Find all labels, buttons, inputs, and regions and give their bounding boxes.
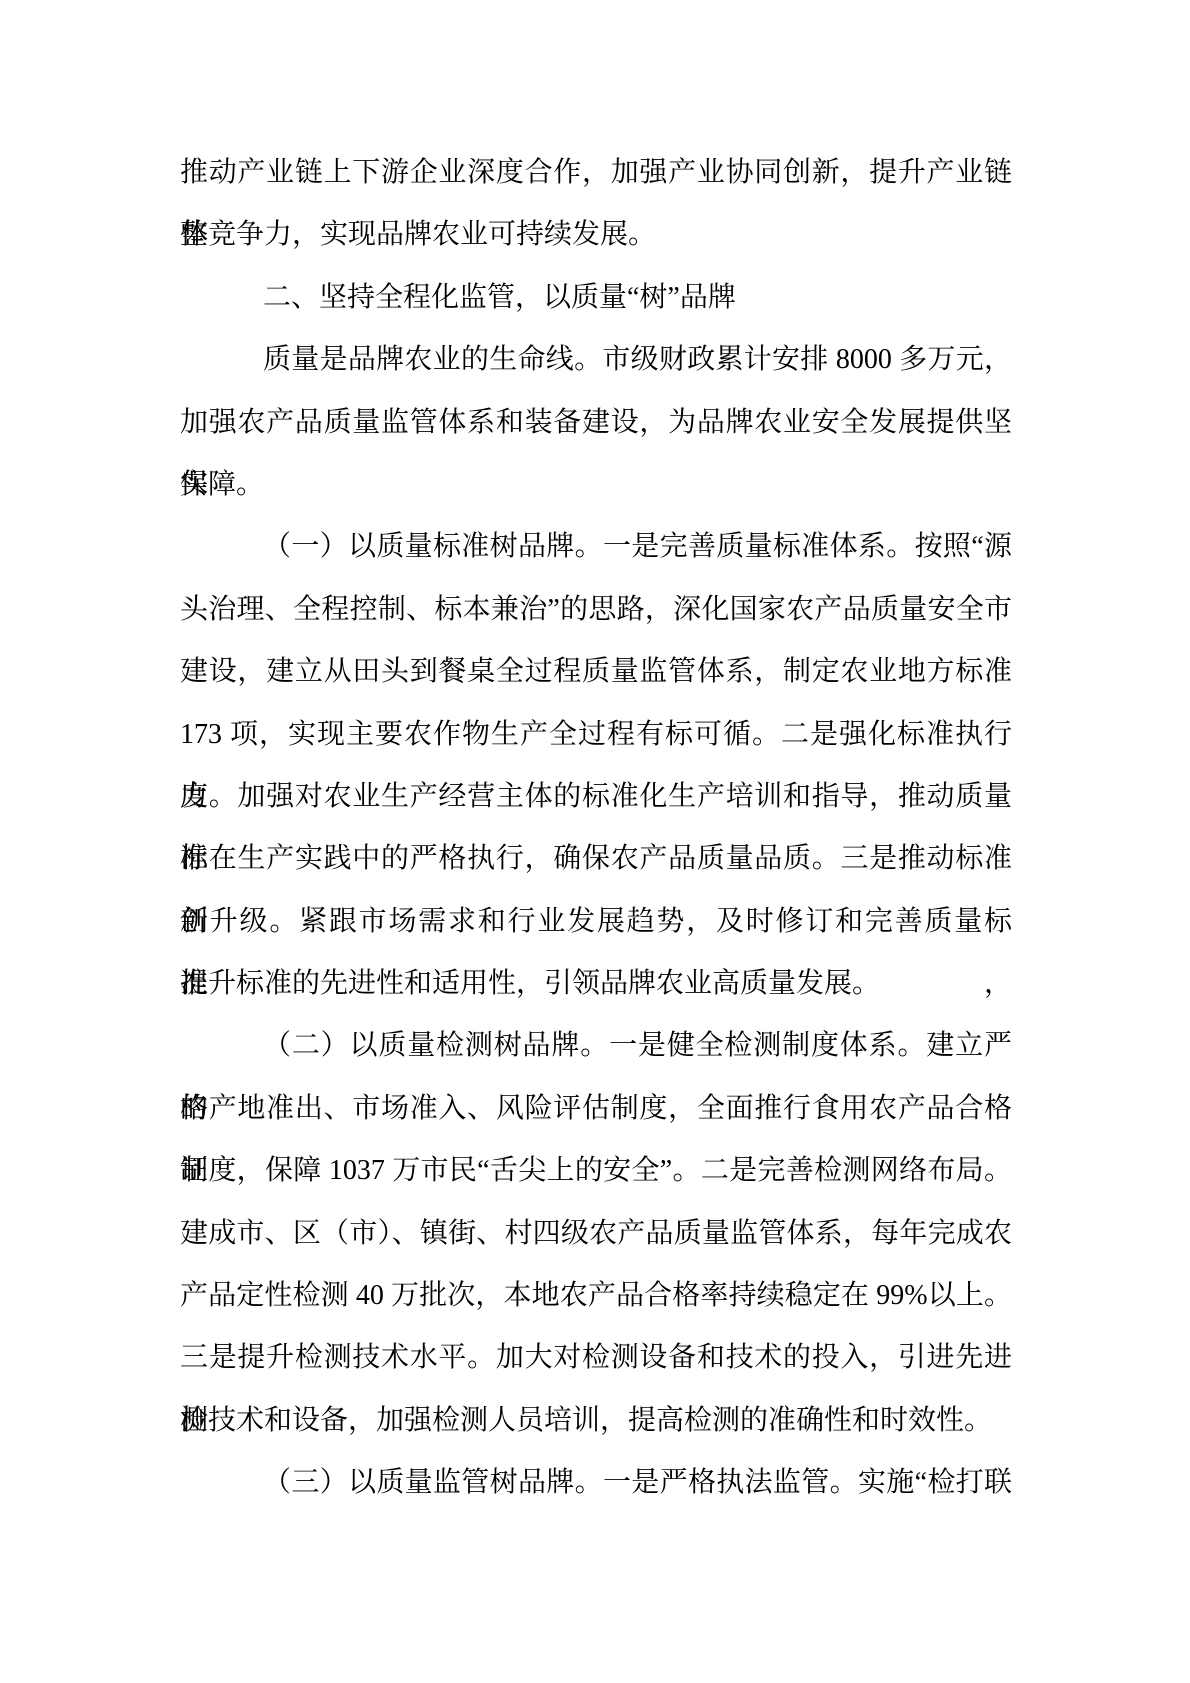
text-line: 三是提升检测技术水平。加大对检测设备和技术的投入，引进先进检 (180, 1327, 1012, 1389)
text-line: 头治理、全程控制、标本兼治”的思路，深化国家农产品质量安全市 (180, 579, 1012, 641)
text-line: 173 项，实现主要农作物生产全过程有标可循。二是强化标准执行力 (180, 704, 1012, 766)
text-line: 测技术和设备，加强检测人员培训，提高检测的准确性和时效性。 (180, 1390, 1012, 1452)
text-line: （三）以质量监管树品牌。一是严格执法监管。实施“检打联 (180, 1452, 1012, 1514)
text-line: （一）以质量标准树品牌。一是完善质量标准体系。按照“源 (180, 516, 1012, 578)
text-line: 质量是品牌农业的生命线。市级财政累计安排 8000 多万元， (180, 329, 1012, 391)
text-line: 的产地准出、市场准入、风险评估制度，全面推行食用农产品合格证 (180, 1078, 1012, 1140)
text-line: 加强农产品质量监管体系和装备建设，为品牌农业安全发展提供坚实 (180, 392, 1012, 454)
text-line: 产品定性检测 40 万批次，本地农产品合格率持续稳定在 99%以上。 (180, 1265, 1012, 1327)
document-page: 推动产业链上下游企业深度合作，加强产业协同创新，提升产业链整 体竞争力，实现品牌… (0, 0, 1190, 1683)
text-line: 准在生产实践中的严格执行，确保农产品质量品质。三是推动标准创 (180, 828, 1012, 890)
text-line: 度。加强对农业生产经营主体的标准化生产培训和指导，推动质量标 (180, 766, 1012, 828)
text-line: 建设，建立从田头到餐桌全过程质量监管体系，制定农业地方标准 (180, 641, 1012, 703)
text-line: 建成市、区（市）、镇街、村四级农产品质量监管体系，每年完成农 (180, 1203, 1012, 1265)
page-body-text: 推动产业链上下游企业深度合作，加强产业协同创新，提升产业链整 体竞争力，实现品牌… (180, 142, 1012, 1515)
text-line: （二）以质量检测树品牌。一是健全检测制度体系。建立严格 (180, 1015, 1012, 1077)
text-line: 保障。 (180, 454, 1012, 516)
section-heading: 二、坚持全程化监管，以质量“树”品牌 (180, 267, 1012, 329)
text-line: 新升级。紧跟市场需求和行业发展趋势，及时修订和完善质量标准， (180, 891, 1012, 953)
text-line: 制度，保障 1037 万市民“舌尖上的安全”。二是完善检测网络布局。 (180, 1140, 1012, 1202)
text-line: 推动产业链上下游企业深度合作，加强产业协同创新，提升产业链整 (180, 142, 1012, 204)
text-line: 体竞争力，实现品牌农业可持续发展。 (180, 204, 1012, 266)
